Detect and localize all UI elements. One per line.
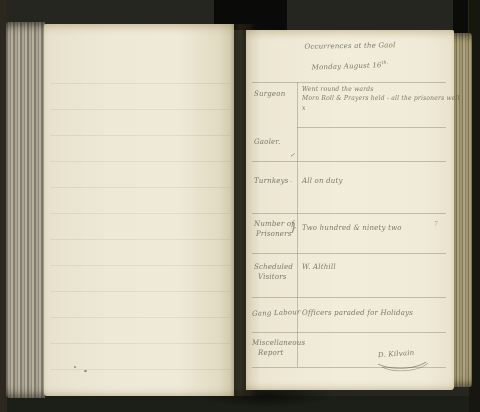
row-entry: Officers paraded for Holidays (302, 309, 413, 318)
row-separator (252, 161, 446, 162)
row-label-miscellaneous-report: Miscellaneous (252, 339, 305, 348)
left-page-edge-stack (6, 22, 45, 398)
row-entry: Went round the wards (302, 85, 374, 94)
row-separator (252, 213, 446, 214)
page-date: Monday August 16th. (246, 56, 454, 75)
ink-speck (74, 366, 76, 368)
row-mark: x (302, 104, 306, 113)
row-label-scheduled-visitors-2: Visitors (258, 273, 287, 282)
row-separator (252, 253, 446, 254)
row-label-number-of-prisoners: Number of (254, 220, 294, 229)
row-entry: Two hundred & ninety two (302, 224, 402, 233)
right-page: Occurrences at the Gaol Monday August 16… (246, 30, 454, 390)
row-mark: · (290, 178, 292, 187)
row-label-miscellaneous-report-2: Report (258, 349, 283, 358)
row-label-turnkeys: Turnkeys (254, 177, 289, 186)
row-label-gaoler: Gaoler. (254, 138, 281, 147)
right-page-edge-stack (454, 33, 472, 387)
left-page (44, 24, 234, 396)
row-label-surgeon: Surgeon (254, 90, 285, 99)
label-brace: } (290, 223, 297, 232)
page-date-main: Monday August 16 (312, 61, 382, 71)
row-label-gang-labour: Gang Labour (252, 308, 301, 319)
row-label-scheduled-visitors: Scheduled (254, 263, 293, 272)
row-separator (252, 297, 446, 298)
row-entry: Morn Roll & Prayers held - all the priso… (302, 94, 460, 103)
page-title: Occurrences at the Gaol (246, 40, 454, 53)
signature-flourish (374, 358, 432, 374)
table-top-rule (252, 82, 446, 83)
ink-speck (84, 370, 87, 372)
row-entry: W. Althill (302, 263, 336, 272)
row-separator (252, 332, 446, 333)
row-mark: ✓ (290, 151, 295, 160)
left-page-ruled-lines (50, 58, 230, 376)
page-date-suffix: th. (381, 61, 388, 66)
row-entry: All on duty (302, 177, 343, 186)
row-label-number-of-prisoners-2: Prisoners (256, 230, 292, 239)
signature-block: D. Kilvain (374, 350, 434, 376)
row-mark: 7 (434, 220, 438, 229)
row-separator (297, 127, 446, 128)
